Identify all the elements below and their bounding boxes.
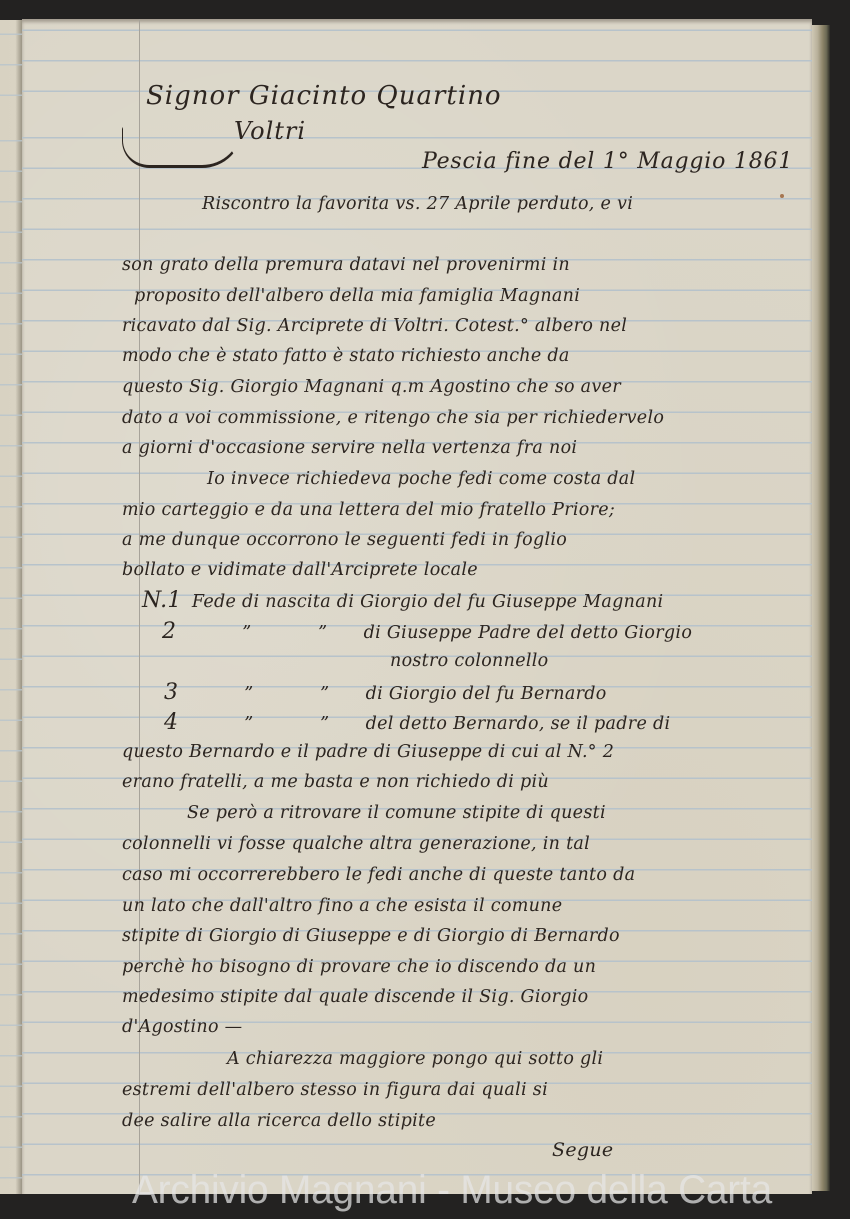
body-line-text: a me dunque occorrono le seguenti fedi i… [122, 530, 567, 550]
continuation-line-4: colonnelli vi fosse qualche altra genera… [122, 834, 590, 854]
addressee-name: Signor Giacinto Quartino [146, 81, 502, 111]
list-item-text: di Giorgio del fu Bernardo [366, 684, 607, 704]
body-line-2: son grato della premura datavi nel prove… [122, 255, 570, 275]
body-line-text: bollato e vidimate dall'Arciprete locale [122, 560, 478, 580]
list-item-2-continued: nostro colonnello [390, 651, 548, 671]
list-item-number: 3 [164, 680, 208, 705]
continuation-line-8: perchè ho bisogno di provare che io disc… [122, 957, 596, 977]
body-line-text: son grato della premura datavi nel prove… [122, 255, 570, 275]
ditto-mark: ” [290, 684, 360, 704]
body-line-text: modo che è stato fatto è stato richiesto… [122, 346, 570, 366]
body-line-text: colonnelli vi fosse qualche altra genera… [122, 834, 590, 854]
list-item-3: 3 ” ” di Giorgio del fu Bernardo [164, 680, 607, 705]
body-line-text: mio carteggio e da una lettera del mio f… [122, 500, 615, 520]
dateline-place: Pescia [422, 149, 497, 174]
body-line-text: A chiarezza maggiore pongo qui sotto gli [227, 1049, 603, 1069]
body-line-11: a me dunque occorrono le seguenti fedi i… [122, 530, 567, 550]
body-line-text: d'Agostino — [122, 1017, 242, 1037]
list-item-2: 2 ” ” di Giuseppe Padre del detto Giorgi… [162, 619, 692, 644]
ditto-mark: ” [290, 714, 360, 734]
continuation-line-2: erano fratelli, a me basta e non richied… [122, 772, 549, 792]
addressee-place: Voltri [234, 117, 306, 145]
body-line-text: ricavato dal Sig. Arciprete di Voltri. C… [122, 316, 627, 336]
facing-page-ruled-lines [0, 20, 22, 1194]
continuation-line-3: Se però a ritrovare il comune stipite di… [187, 803, 606, 823]
archive-watermark: Archivio Magnani - Museo della Carta [132, 1168, 772, 1213]
body-line-text: Se però a ritrovare il comune stipite di… [187, 803, 606, 823]
body-line-text: a giorni d'occasione servire nella verte… [122, 438, 577, 458]
body-line-text: questo Sig. Giorgio Magnani q.m Agostino… [122, 377, 621, 397]
body-line-text: erano fratelli, a me basta e non richied… [122, 772, 549, 792]
body-line-text: stipite di Giorgio di Giuseppe e di Gior… [122, 926, 620, 946]
body-line-7: dato a voi commissione, e ritengo che si… [122, 408, 664, 428]
underline-flourish [122, 127, 243, 168]
continuation-line-7: stipite di Giorgio di Giuseppe e di Gior… [122, 926, 620, 946]
list-item-text: di Giuseppe Padre del detto Giorgio [364, 623, 693, 643]
list-item-number: 2 [162, 619, 206, 644]
facing-page-edge [0, 20, 23, 1194]
ditto-mark: ” [214, 684, 284, 704]
body-line-text: caso mi occorrerebbero le fedi anche di … [122, 865, 635, 885]
body-line-text: estremi dell'albero stesso in figura dai… [122, 1080, 548, 1100]
letter-text: Signor Giacinto Quartino Voltri Pescia f… [22, 19, 812, 1194]
body-line-text: un lato che dall'altro fino a che esista… [122, 896, 562, 916]
body-line-3: proposito dell'albero della mia famiglia… [134, 286, 580, 306]
continuation-line-5: caso mi occorrerebbero le fedi anche di … [122, 865, 635, 885]
list-item-text: nostro colonnello [390, 651, 548, 671]
book-page-edges [812, 25, 830, 1191]
list-item-text: Fede di nascita di Giorgio del fu Giusep… [192, 592, 664, 612]
body-line-text: proposito dell'albero della mia famiglia… [134, 286, 580, 306]
body-line-12: bollato e vidimate dall'Arciprete locale [122, 560, 478, 580]
continuation-line-9: medesimo stipite dal quale discende il S… [122, 987, 588, 1007]
dateline-date: fine del 1° Maggio 1861 [505, 149, 793, 174]
continuation-line-6: un lato che dall'altro fino a che esista… [122, 896, 562, 916]
list-item-text: del detto Bernardo, se il padre di [366, 714, 671, 734]
continuation-line-11: A chiarezza maggiore pongo qui sotto gli [227, 1049, 603, 1069]
body-line-4: ricavato dal Sig. Arciprete di Voltri. C… [122, 316, 627, 336]
list-item-number: 4 [164, 710, 208, 735]
continuation-line-13: dee salire alla ricerca dello stipite [122, 1111, 436, 1131]
body-line-text: dato a voi commissione, e ritengo che si… [122, 408, 664, 428]
ditto-mark: ” [288, 623, 358, 643]
body-line-text: Io invece richiedeva poche fedi come cos… [207, 469, 635, 489]
body-line-text: perchè ho bisogno di provare che io disc… [122, 957, 596, 977]
continuation-line-12: estremi dell'albero stesso in figura dai… [122, 1080, 548, 1100]
body-line-text: questo Bernardo e il padre di Giuseppe d… [122, 742, 614, 762]
dateline: Pescia fine del 1° Maggio 1861 [422, 149, 793, 174]
list-item-1: N.1 Fede di nascita di Giorgio del fu Gi… [142, 588, 663, 613]
continuation-line-10: d'Agostino — [122, 1017, 242, 1037]
body-line-8: a giorni d'occasione servire nella verte… [122, 438, 577, 458]
body-line-10: mio carteggio e da una lettera del mio f… [122, 500, 615, 520]
ditto-mark: ” [214, 714, 284, 734]
body-line-5: modo che è stato fatto è stato richiesto… [122, 346, 570, 366]
body-line-6: questo Sig. Giorgio Magnani q.m Agostino… [122, 377, 621, 397]
body-line-text: Riscontro la favorita vs. 27 Aprile perd… [202, 194, 633, 214]
document-scan: Signor Giacinto Quartino Voltri Pescia f… [0, 0, 850, 1219]
body-line-9: Io invece richiedeva poche fedi come cos… [207, 469, 635, 489]
list-item-number: N.1 [142, 588, 186, 613]
continuation-line-1: questo Bernardo e il padre di Giuseppe d… [122, 742, 614, 762]
body-line-text: dee salire alla ricerca dello stipite [122, 1111, 436, 1131]
closing-segue: Segue [552, 1139, 613, 1161]
body-line-1: Riscontro la favorita vs. 27 Aprile perd… [202, 194, 633, 214]
body-line-text: medesimo stipite dal quale discende il S… [122, 987, 588, 1007]
list-item-4: 4 ” ” del detto Bernardo, se il padre di [164, 710, 670, 735]
ditto-mark: ” [212, 623, 282, 643]
